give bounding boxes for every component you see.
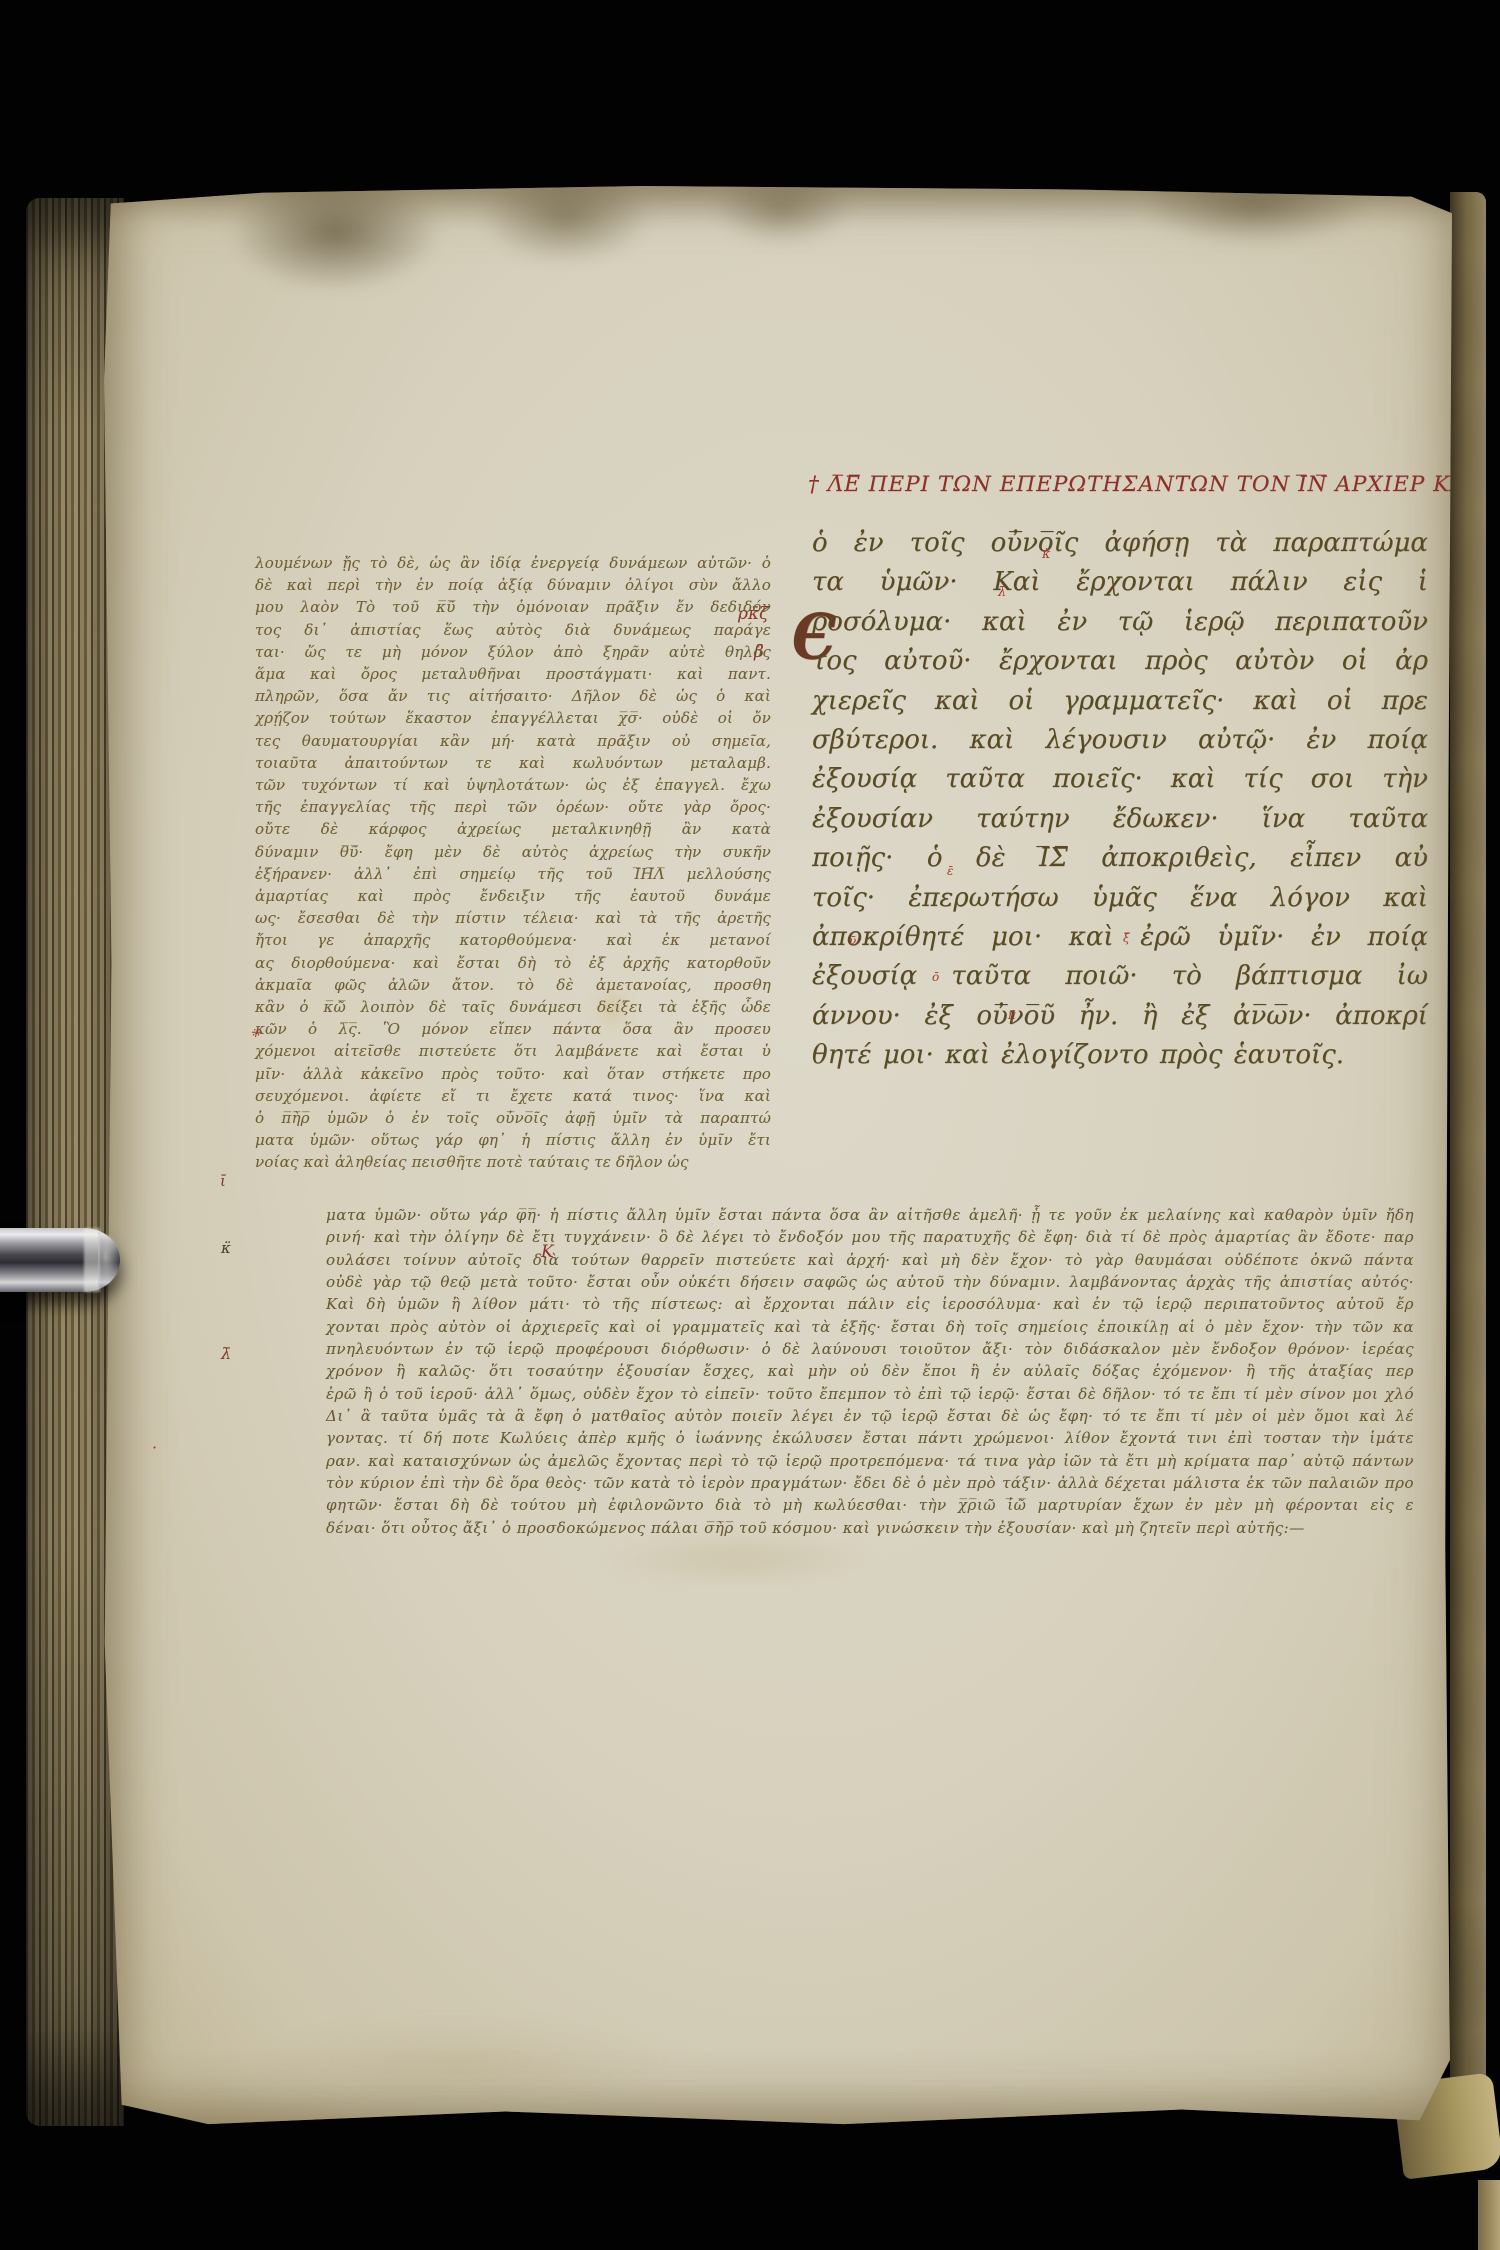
text-line: δέναι· ὅτι οὗτος ἄξι᾽ ὁ προσδοκώμενος πά… xyxy=(326,1517,1414,1539)
rubric-mark: · xyxy=(152,1438,157,1457)
text-line: ἁμαρτίας καὶ πρὸς ἔνδειξιν τῆς ἑαυτοῦ δυ… xyxy=(255,885,771,907)
stain xyxy=(228,172,443,292)
rubric-mark: ν̄ xyxy=(849,934,856,948)
stain xyxy=(1140,166,1370,246)
text-line: ἐξουσίᾳ ταῦτα ποιῶ· τὸ βάπτισμα ἰω xyxy=(812,957,1428,996)
text-line: χρῄζον τούτων ἕκαστον ἐπαγγέλλεται χ̅σ̅·… xyxy=(255,707,771,729)
text-line: τὸν κύριον ἐπὶ τὴν δὲ ὅρα θεὸς· τῶν κατὰ… xyxy=(326,1472,1414,1494)
gospel-column: ὁ ἐν τοῖς οὐ̅νο̅ῖς ἀφήσῃ τὰ παραπτώματα … xyxy=(812,524,1428,1076)
stain xyxy=(250,2016,670,2106)
underleaf-right-edge xyxy=(1450,192,1486,2137)
text-line: Καὶ δὴ ὑμῶν ἢ λίθον μάτι· τὸ τῆς πίστεως… xyxy=(326,1293,1414,1315)
text-line: ὁ π̅ὴ̅ρ̅ ὑμῶν ὁ ἐν τοῖς οὐ̅νο̅ῖς ἀφῇ ὑμῖ… xyxy=(255,1107,771,1129)
text-line: ποιῇς· ὁ δὲ Ι̅Σ̅ ἀποκριθεὶς, εἶπεν αὐ xyxy=(812,839,1428,878)
text-line: κἂν ὁ κ̅ῶ̅ λοιπὸν δὲ ταῖς δυνάμεσι δείξε… xyxy=(255,996,771,1018)
text-line: ματα ὑμῶν· οὕτω γάρ φ̅η̅· ἡ πίστις ἄλλη … xyxy=(326,1204,1414,1226)
rubric-mark: Κ xyxy=(541,1242,554,1262)
text-line: ἐξήρανεν· ἀλλ᾽ ἐπὶ σημείῳ τῆς τοῦ Ι̅Η̅Λ̅… xyxy=(255,863,771,885)
text-line: σβύτεροι. καὶ λέγουσιν αὐτῷ· ἐν ποίᾳ xyxy=(812,721,1428,760)
text-line: τῆς ἐπαγγελίας τῆς περὶ τῶν ὀρέων· οὔτε … xyxy=(255,796,771,818)
text-line: πληρῶν, ὅσα ἄν τις αἰτήσαιτο· Δῆλον δὲ ὡ… xyxy=(255,685,771,707)
catena-block: ματα ὑμῶν· οὕτω γάρ φ̅η̅· ἡ πίστις ἄλλη … xyxy=(326,1204,1414,1539)
text-line: άννου· ἐξ οὐ̅νο̅ῦ ἦν. ἢ ἐξ ἀν̅ω̅ν· ἀποκρ… xyxy=(812,997,1428,1036)
rubric-mark: π̄ xyxy=(1008,1008,1016,1022)
rubric-mark: ῑ xyxy=(220,1172,226,1190)
text-line: ἀποκρίθητέ μοι· καὶ ἐρῶ ὑμῖν· ἐν ποίᾳ xyxy=(812,918,1428,957)
stain xyxy=(478,168,653,264)
text-line: οὐδὲ γὰρ τῷ θεῷ μετὰ τοῦτο· ἔσται οὖν οὐ… xyxy=(326,1271,1414,1293)
text-line: τες θαυματουργίαι κἂν μή· κατὰ πρᾶξιν οὐ… xyxy=(255,730,771,752)
text-line: χόμενοι αἰτεῖσθε πιστεύετε ὅτι λαμβάνετε… xyxy=(255,1040,771,1062)
text-line: λουμένων ᾔς τὸ δὲ, ὡς ἂν ἰδίᾳ ἐνεργείᾳ δ… xyxy=(255,552,771,574)
rubric-mark: ō xyxy=(932,970,939,984)
text-line: ἐξουσίᾳ ταῦτα ποιεῖς· καὶ τίς σοι τὴν xyxy=(812,760,1428,799)
text-line: τῶν τυχόντων τί καὶ ὑψηλοτάτων· ὡς ἐξ ἐπ… xyxy=(255,774,771,796)
text-line: τος δι᾽ ἀπιστίας ἕως αὐτὸς διὰ δυνάμεως … xyxy=(255,619,771,641)
manuscript-photograph: † Λ̅Ε̅ ΠΕΡΙ ΤΩΝ ΕΠΕΡΩΤΗΣΑΝΤΩΝ ΤΟΝ Ι̅Ν̅ Α… xyxy=(0,0,1500,2250)
text-line: κῶν ὁ λ̅ς̅. Ὃ μόνον εἴπεν πάντα ὅσα ἂν π… xyxy=(255,1018,771,1040)
chapter-heading: † Λ̅Ε̅ ΠΕΡΙ ΤΩΝ ΕΠΕΡΩΤΗΣΑΝΤΩΝ ΤΟΝ Ι̅Ν̅ Α… xyxy=(808,472,1412,497)
text-line: ρινή· καὶ τὴν ὀλίγην δὲ ἔτι τυγχάνειν· ὃ… xyxy=(326,1226,1414,1248)
text-line: δύναμιν θ̅ῦ̅· ἔφη μὲν δὲ αὐτὸς ἀχρείως τ… xyxy=(255,841,771,863)
rubric-mark: ξ̄ xyxy=(1123,931,1130,945)
text-line: οὔτε δὲ κάρφος ἀχρείως μεταλκινηθῇ ἂν κα… xyxy=(255,818,771,840)
text-line: φητῶν· ἔσται δὴ δὲ τούτου μὴ ἐφιλονῶντο … xyxy=(326,1494,1414,1516)
text-line: ἐρῶ ἢ ὁ τοῦ ἱεροῦ· ἀλλ᾽ ὅμως, οὐδὲν ἔχον… xyxy=(326,1383,1414,1405)
rubric-mark: ε̄ xyxy=(947,864,953,878)
text-line: ραν. καὶ καταισχύνων ὡς ἀμελῶς ἔχοντας π… xyxy=(326,1450,1414,1472)
rubric-mark: λ̄ xyxy=(221,1344,231,1363)
rubric-mark: ⁜ xyxy=(250,1026,261,1041)
text-line: γοντας. τί δή ποτε Κωλύεις ἀπὲρ κμῆς ὁ ἰ… xyxy=(326,1427,1414,1449)
text-line: ας διορθούμενα· καὶ ἔσται δὴ τὸ ἐξ ἀρχῆς… xyxy=(255,952,771,974)
text-line: μου λαὸν Τὸ τοῦ κ̅ῦ̅ τὴν ὁμόνοιαν πρᾶξιν… xyxy=(255,596,771,618)
text-line: πνηλευόντων ἐν τῷ ἱερῷ προφέρουσι διόρθω… xyxy=(326,1338,1414,1360)
text-line: τος αὐτοῦ· ἔρχονται πρὸς αὐτὸν οἱ ἀρ xyxy=(812,642,1428,681)
text-line: ματα ὑμῶν· οὕτως γάρ φη᾽ ἡ πίστις ἄλλη ἐ… xyxy=(255,1129,771,1151)
glass-rod-tip xyxy=(98,1232,120,1288)
text-line: τα ὑμῶν· Καὶ ἔρχονται πάλιν εἰς ἱ xyxy=(812,563,1428,602)
text-line: χονται πρὸς αὐτὸν οἱ ἀρχιερεῖς καὶ οἱ γρ… xyxy=(326,1316,1414,1338)
rubric-mark: λ̄ xyxy=(998,585,1006,600)
text-line: χιερεῖς καὶ οἱ γραμματεῖς· καὶ οἱ πρε xyxy=(812,682,1428,721)
text-line: θητέ μοι· καὶ ἐλογίζοντο πρὸς ἑαυτοῖς. xyxy=(812,1036,1428,1075)
commentary-column: λουμένων ᾔς τὸ δὲ, ὡς ἂν ἰδίᾳ ἐνεργείᾳ δ… xyxy=(255,552,771,1174)
stain xyxy=(600,1531,880,1587)
rubric-mark: κ̈ xyxy=(221,1239,231,1257)
underleaf-bottom-strip xyxy=(1478,2180,1500,2250)
text-line: ἐξουσίαν ταύτην ἔδωκεν· ἵνα ταῦτα xyxy=(812,800,1428,839)
rubric-mark: κ̈ xyxy=(1042,547,1051,562)
text-line: ἤτοι γε ἀπαρχῆς κατορθούμενα· καὶ ἐκ μετ… xyxy=(255,929,771,951)
manuscript-page: † Λ̅Ε̅ ΠΕΡΙ ΤΩΝ ΕΠΕΡΩΤΗΣΑΝΤΩΝ ΤΟΝ Ι̅Ν̅ Α… xyxy=(100,186,1452,2128)
text-line: ροσόλυμα· καὶ ἐν τῷ ἱερῷ περιπατοῦν xyxy=(812,603,1428,642)
text-line: ως· ἔσεσθαι δὲ τὴν πίστιν τέλεια· καὶ τὰ… xyxy=(255,907,771,929)
text-line: τοιαῦτα ἀπαιτούντων τε καὶ κωλυόντων μετ… xyxy=(255,752,771,774)
glass-page-weight[interactable] xyxy=(0,1218,130,1304)
text-line: ἅμα καὶ ὄρος μεταλυθῆναι προστάγματι· κα… xyxy=(255,663,771,685)
text-line: ὁ ἐν τοῖς οὐ̅νο̅ῖς ἀφήσῃ τὰ παραπτώμα xyxy=(812,524,1428,563)
text-line: νοίας καὶ ἀληθείας πεισθῆτε ποτὲ ταύταις… xyxy=(255,1151,771,1173)
text-line: σευχόμενοι. ἀφίετε εἴ τι ἔχετε κατά τινο… xyxy=(255,1085,771,1107)
text-line: ουλάσει τοίνυν αὐτοῖς διὰ τούτων θαρρεῖν… xyxy=(326,1249,1414,1271)
text-line: δὲ καὶ περὶ τὴν ἐν ποίᾳ ἀξίᾳ δύναμιν ὀλί… xyxy=(255,574,771,596)
text-line: ἀκμαῖα φῶς ἁλῶν ἄτον. τὸ δὲ ἀμετανοίας, … xyxy=(255,974,771,996)
text-line: μῖν· ἀλλὰ κἀκεῖνο πρὸς τοῦτο· καὶ ὅταν σ… xyxy=(255,1063,771,1085)
text-line: Δι᾽ ἃ ταῦτα ὑμᾶς τὰ ἃ ἔφη ὁ ματθαῖος αὐτ… xyxy=(326,1405,1414,1427)
stain xyxy=(712,170,852,246)
text-line: ται· ὥς τε μὴ μόνον ξύλον ἀπὸ ξηρᾶν αὐτὲ… xyxy=(255,641,771,663)
text-line: τοῖς· ἐπερωτήσω ὑμᾶς ἕνα λόγον καὶ xyxy=(812,879,1428,918)
text-line: χρόνον ἢ καλῶς· ὅτι τοσαύτην ἐξουσίαν ἔσ… xyxy=(326,1360,1414,1382)
